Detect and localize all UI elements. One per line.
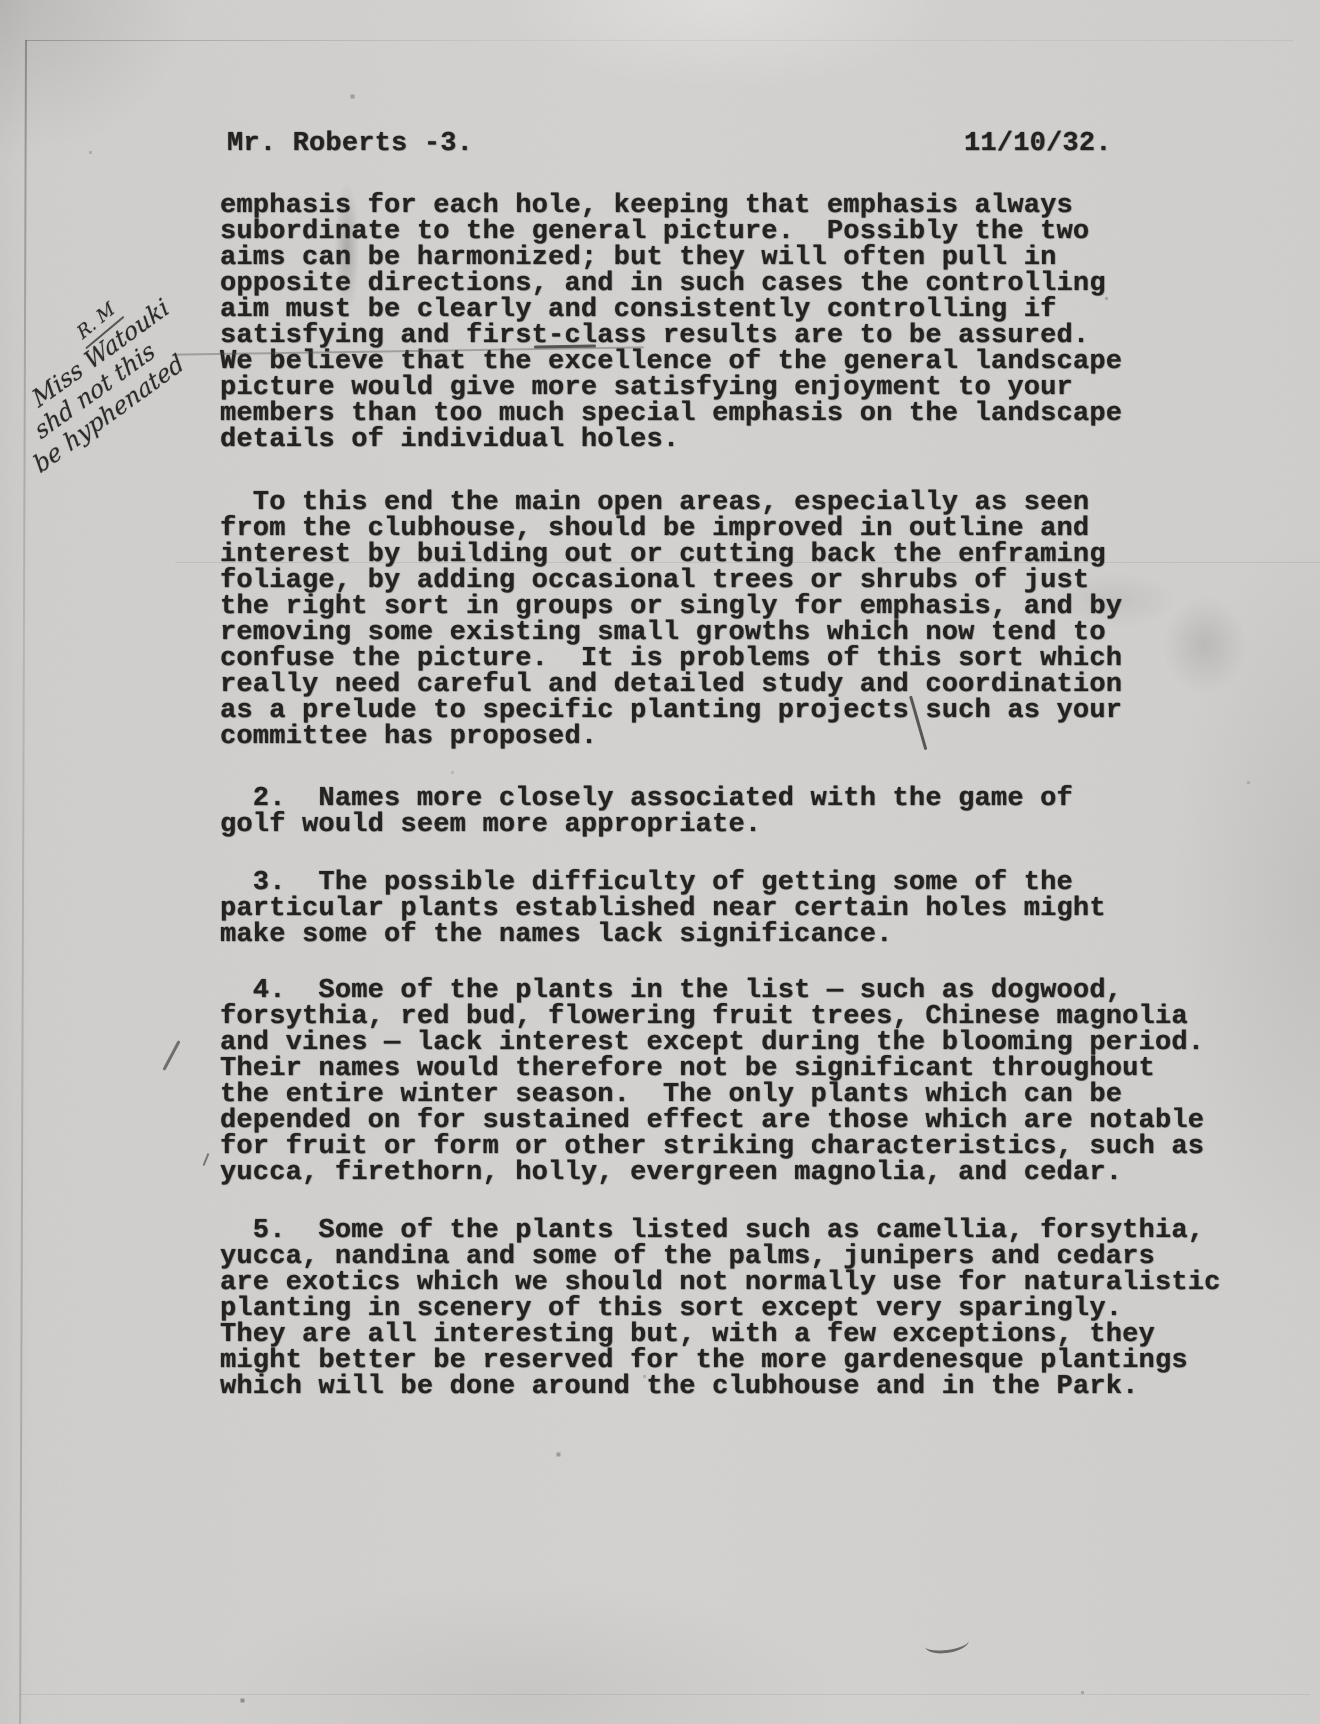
paper-bottom-edge bbox=[20, 1694, 1310, 1695]
margin-tick-mark bbox=[203, 1153, 210, 1166]
paragraph-to-this-end: To this end the main open areas, especia… bbox=[220, 490, 1122, 750]
paper-top-edge bbox=[26, 40, 1294, 41]
numbered-item-2: 2. Names more closely associated with th… bbox=[220, 786, 1073, 838]
numbered-item-5: 5. Some of the plants listed such as cam… bbox=[220, 1218, 1221, 1400]
numbered-item-3: 3. The possible difficulty of getting so… bbox=[220, 870, 1106, 948]
pen-curve-mark bbox=[924, 1632, 969, 1655]
numbered-item-4: 4. Some of the plants in the list — such… bbox=[220, 978, 1204, 1186]
margin-note-initials: R. M bbox=[70, 293, 124, 349]
header-date: 11/10/32. bbox=[964, 131, 1112, 157]
paragraph-continuation: emphasis for each hole, keeping that emp… bbox=[220, 193, 1122, 453]
dust-specks bbox=[0, 0, 1, 1]
margin-slash-mark bbox=[162, 1040, 180, 1071]
paper-left-edge bbox=[19, 40, 27, 1724]
margin-note-line: Miss Watouki bbox=[28, 239, 249, 413]
scanned-letter-page: Mr. Roberts -3. 11/10/32. emphasis for e… bbox=[0, 0, 1320, 1724]
header-addressee: Mr. Roberts -3. bbox=[227, 131, 473, 157]
